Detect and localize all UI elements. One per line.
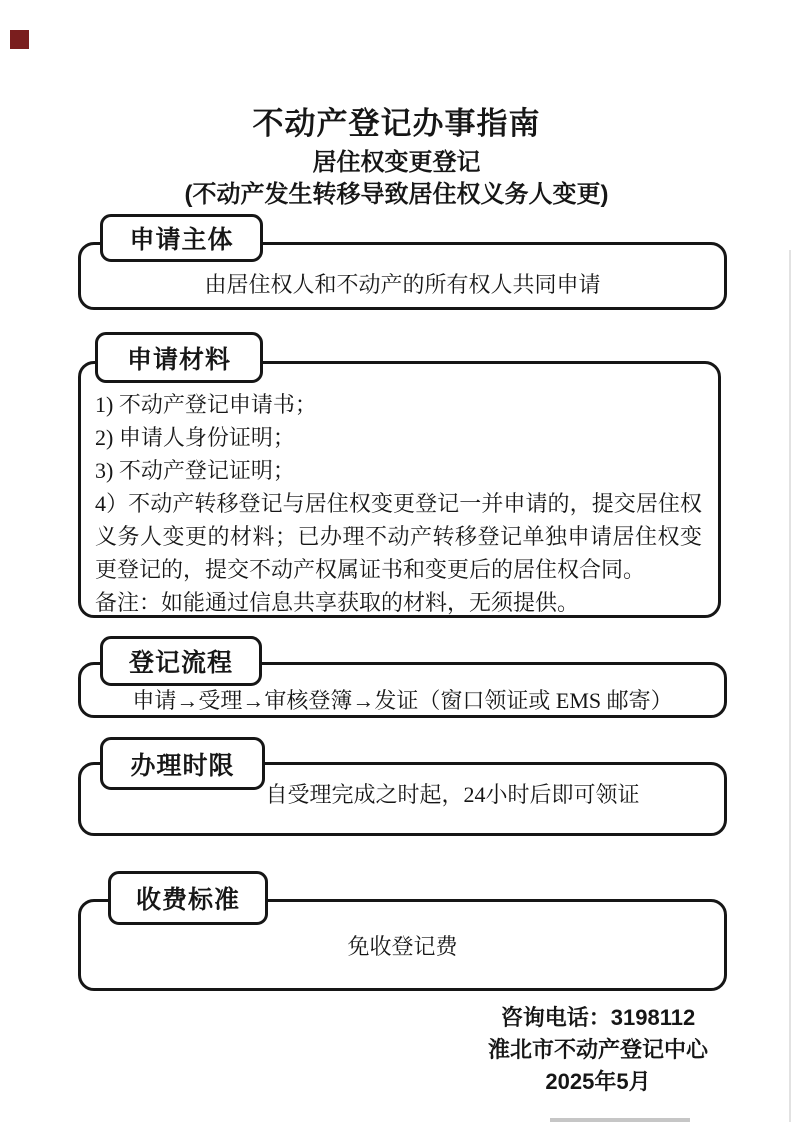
page-title: 不动产登记办事指南: [0, 98, 793, 143]
section-applicant-label: 申请主体: [100, 214, 263, 262]
page-subtitle: 居住权变更登记: [0, 142, 793, 177]
document-page: 不动产登记办事指南 居住权变更登记 (不动产发生转移导致居住权义务人变更) 申请…: [0, 0, 793, 1122]
footer-org: 淮北市不动产登记中心: [438, 1034, 758, 1066]
materials-list-item: 3) 不动产登记证明；: [95, 454, 702, 487]
materials-list-item: 1) 不动产登记申请书；: [95, 388, 702, 421]
red-stamp-square-icon: [10, 30, 29, 49]
bottom-scan-artifact: [550, 1118, 690, 1122]
right-page-edge-line: [789, 250, 791, 1122]
section-process-label: 登记流程: [100, 636, 262, 686]
materials-list: 1) 不动产登记申请书； 2) 申请人身份证明； 3) 不动产登记证明； 4）不…: [95, 388, 702, 619]
section-fee-label: 收费标准: [108, 871, 268, 925]
materials-list-item: 2) 申请人身份证明；: [95, 421, 702, 454]
footer-date: 2025年5月: [438, 1066, 758, 1098]
page-subtitle-note: (不动产发生转移导致居住权义务人变更): [0, 174, 793, 209]
section-time-limit-content: 自受理完成之时起，24小时后即可领证: [211, 778, 694, 809]
materials-note: 备注：如能通过信息共享获取的材料，无须提供。: [95, 586, 702, 619]
materials-list-item: 4）不动产转移登记与居住权变更登记一并申请的，提交居住权义务人变更的材料；已办理…: [95, 487, 702, 586]
section-materials-box: 1) 不动产登记申请书； 2) 申请人身份证明； 3) 不动产登记证明； 4）不…: [78, 361, 721, 618]
footer-contact-block: 咨询电话：3198112 淮北市不动产登记中心 2025年5月: [438, 1002, 758, 1098]
section-time-limit-label: 办理时限: [100, 737, 265, 790]
footer-phone: 咨询电话：3198112: [438, 1002, 758, 1034]
section-materials-label: 申请材料: [95, 332, 263, 383]
